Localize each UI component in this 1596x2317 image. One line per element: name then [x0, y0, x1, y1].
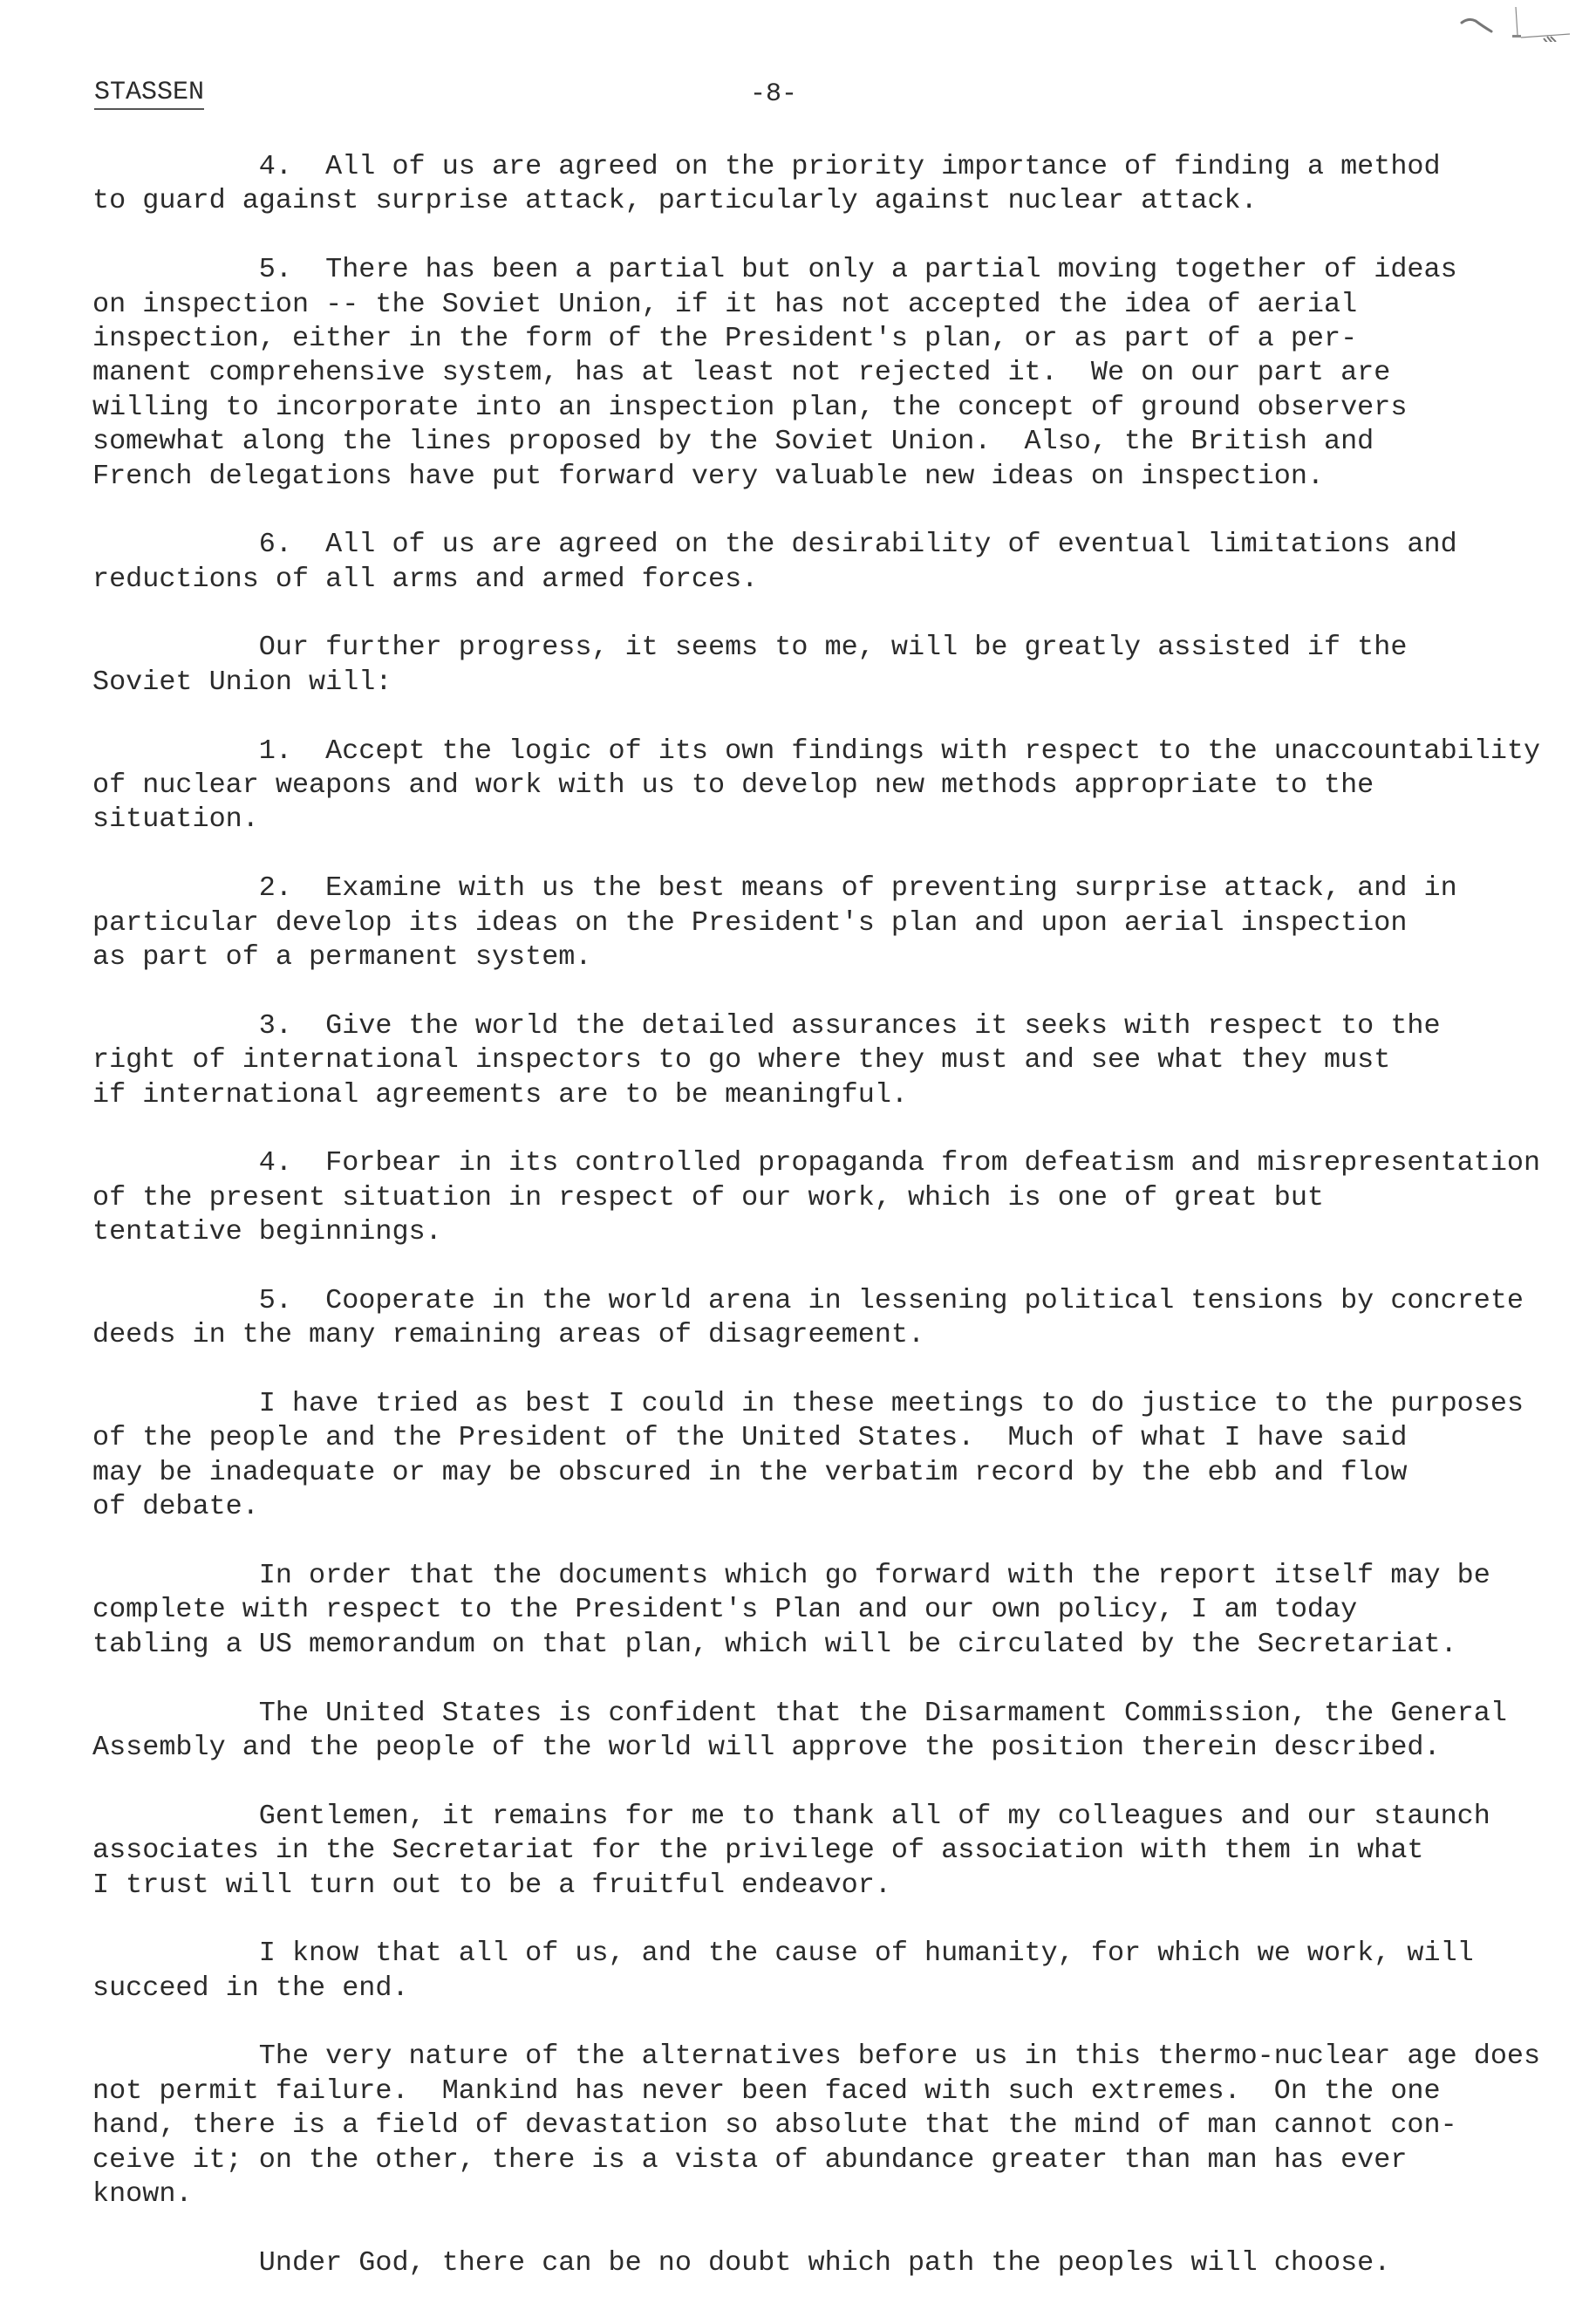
paragraph-soviet-item-2: 2. Examine with us the best means of pre… — [92, 871, 1558, 974]
text-line: to guard against surprise attack, partic… — [92, 184, 1558, 218]
paragraph-point-5: 5. There has been a partial but only a p… — [92, 253, 1558, 494]
text-line: The very nature of the alternatives befo… — [92, 2040, 1558, 2074]
text-line: right of international inspectors to go … — [92, 1043, 1558, 1077]
text-line: of debate. — [92, 1490, 1558, 1524]
text-line: hand, there is a field of devastation so… — [92, 2109, 1558, 2143]
page-number: -8- — [750, 77, 797, 112]
text-line: may be inadequate or may be obscured in … — [92, 1456, 1558, 1490]
text-line: ceive it; on the other, there is a vista… — [92, 2143, 1558, 2177]
paragraph-soviet-item-3: 3. Give the world the detailed assurance… — [92, 1009, 1558, 1112]
text-line: Gentlemen, it remains for me to thank al… — [92, 1800, 1558, 1834]
text-line: The United States is confident that the … — [92, 1697, 1558, 1731]
paragraph-point-6: 6. All of us are agreed on the desirabil… — [92, 528, 1558, 597]
text-line: willing to incorporate into an inspectio… — [92, 391, 1558, 425]
paragraph-tried-best: I have tried as best I could in these me… — [92, 1387, 1558, 1525]
document-page: STASSEN -8- 4. All of us are agreed on t… — [0, 0, 1596, 2317]
paragraph-confidence: The United States is confident that the … — [92, 1697, 1558, 1766]
text-line: 3. Give the world the detailed assurance… — [92, 1009, 1558, 1043]
text-line: 4. All of us are agreed on the priority … — [92, 150, 1558, 184]
text-line: Soviet Union will: — [92, 666, 1558, 700]
text-line: Our further progress, it seems to me, wi… — [92, 631, 1558, 665]
text-line: 6. All of us are agreed on the desirabil… — [92, 528, 1558, 562]
text-line: particular develop its ideas on the Pres… — [92, 906, 1558, 940]
text-line: 5. Cooperate in the world arena in lesse… — [92, 1284, 1558, 1318]
text-line: tentative beginnings. — [92, 1215, 1558, 1249]
text-line: 2. Examine with us the best means of pre… — [92, 871, 1558, 906]
text-line: as part of a permanent system. — [92, 940, 1558, 974]
page-header: STASSEN -8- — [94, 77, 1507, 112]
text-line: of the people and the President of the U… — [92, 1421, 1558, 1455]
paragraph-soviet-item-4: 4. Forbear in its controlled propaganda … — [92, 1146, 1558, 1249]
text-line: deeds in the many remaining areas of dis… — [92, 1318, 1558, 1352]
paragraph-point-4: 4. All of us are agreed on the priority … — [92, 150, 1558, 219]
running-head: STASSEN — [94, 77, 204, 110]
text-line: I have tried as best I could in these me… — [92, 1387, 1558, 1421]
text-line: I trust will turn out to be a fruitful e… — [92, 1869, 1558, 1903]
text-line: known. — [92, 2177, 1558, 2211]
text-line: on inspection -- the Soviet Union, if it… — [92, 288, 1558, 322]
text-line: 1. Accept the logic of its own findings … — [92, 735, 1558, 769]
text-line: manent comprehensive system, has at leas… — [92, 356, 1558, 390]
text-line: 5. There has been a partial but only a p… — [92, 253, 1558, 287]
paragraph-succeed: I know that all of us, and the cause of … — [92, 1937, 1558, 2006]
text-line: 4. Forbear in its controlled propaganda … — [92, 1146, 1558, 1180]
text-line: Under God, there can be no doubt which p… — [92, 2246, 1558, 2280]
text-line: French delegations have put forward very… — [92, 460, 1558, 494]
paragraph-thanks: Gentlemen, it remains for me to thank al… — [92, 1800, 1558, 1903]
text-line: associates in the Secretariat for the pr… — [92, 1834, 1558, 1868]
text-line: not permit failure. Mankind has never be… — [92, 2074, 1558, 2109]
text-line: of nuclear weapons and work with us to d… — [92, 769, 1558, 803]
paragraph-under-god: Under God, there can be no doubt which p… — [92, 2246, 1558, 2280]
paragraph-soviet-item-5: 5. Cooperate in the world arena in lesse… — [92, 1284, 1558, 1353]
text-line: if international agreements are to be me… — [92, 1078, 1558, 1112]
handwritten-mark-icon — [1456, 7, 1579, 42]
text-line: somewhat along the lines proposed by the… — [92, 425, 1558, 459]
text-line: succeed in the end. — [92, 1972, 1558, 2006]
text-line: Assembly and the people of the world wil… — [92, 1731, 1558, 1765]
text-line: situation. — [92, 803, 1558, 837]
text-line: of the present situation in respect of o… — [92, 1181, 1558, 1215]
text-line: I know that all of us, and the cause of … — [92, 1937, 1558, 1971]
text-line: tabling a US memorandum on that plan, wh… — [92, 1628, 1558, 1662]
document-body: 4. All of us are agreed on the priority … — [92, 150, 1558, 2315]
paragraph-alternatives: The very nature of the alternatives befo… — [92, 2040, 1558, 2211]
paragraph-memorandum: In order that the documents which go for… — [92, 1559, 1558, 1662]
text-line: complete with respect to the President's… — [92, 1593, 1558, 1627]
text-line: reductions of all arms and armed forces. — [92, 563, 1558, 597]
text-line: inspection, either in the form of the Pr… — [92, 322, 1558, 356]
text-line: In order that the documents which go for… — [92, 1559, 1558, 1593]
paragraph-further-progress: Our further progress, it seems to me, wi… — [92, 631, 1558, 700]
paragraph-soviet-item-1: 1. Accept the logic of its own findings … — [92, 735, 1558, 837]
